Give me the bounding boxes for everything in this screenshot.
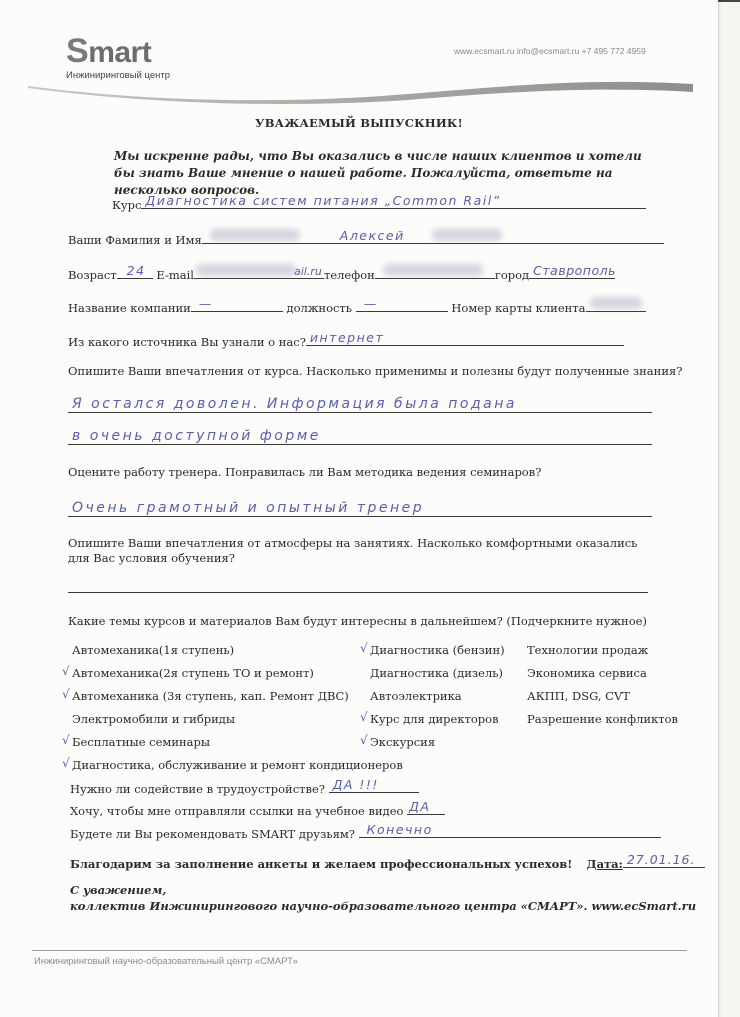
- impressions-question: Опишите Ваши впечатления от курса. Наско…: [68, 364, 682, 378]
- redacted-email: [196, 264, 296, 276]
- source-input[interactable]: интернет: [306, 330, 624, 346]
- topic-label: Электромобили и гибриды: [72, 712, 235, 726]
- trainer-question: Оцените работу тренера. Понравилась ли В…: [68, 465, 541, 479]
- name-value: Алексей: [340, 228, 405, 243]
- checkmark-icon: √: [62, 733, 70, 747]
- client-card-input[interactable]: [586, 296, 646, 312]
- email-label: E-mail: [156, 268, 194, 282]
- phone-label: телефон: [324, 268, 375, 282]
- redacted-phone: [383, 264, 483, 276]
- company-label: Название компании: [68, 301, 191, 315]
- topic-option[interactable]: √Автомеханика (3я ступень, кап. Ремонт Д…: [72, 689, 349, 703]
- age-label: Возраст: [68, 268, 117, 282]
- phone-input[interactable]: [375, 263, 495, 279]
- city-value: Ставрополь: [533, 263, 616, 278]
- date-label: Дата:: [586, 857, 623, 871]
- topic-label: Автоэлектрика: [370, 689, 462, 703]
- name-field: Ваши Фамилия и Имя Алексей: [68, 228, 664, 247]
- course-field: КурсДиагностика систем питания „Common R…: [112, 193, 646, 212]
- topic-label: Автомеханика(1я ступень): [72, 643, 234, 657]
- redacted-patronymic: [432, 229, 502, 241]
- email-value: ail.ru: [294, 265, 322, 278]
- video-field: Хочу, чтобы мне отправляли ссылки на уче…: [70, 799, 445, 818]
- topic-label: Автомеханика(2я ступень ТО и ремонт): [72, 666, 314, 680]
- date-value: 27.01.16.: [627, 852, 696, 867]
- date-input[interactable]: 27.01.16.: [623, 852, 705, 868]
- recommend-value: Конечно: [367, 822, 433, 837]
- name-label: Ваши Фамилия и Имя: [68, 233, 202, 247]
- city-label: город: [495, 268, 529, 282]
- checkmark-icon: √: [62, 664, 70, 678]
- age-input[interactable]: 24: [117, 263, 153, 279]
- topic-option[interactable]: Диагностика (дизель): [370, 666, 503, 680]
- topic-option[interactable]: √Курс для директоров: [370, 712, 499, 726]
- redacted-surname: [210, 229, 300, 241]
- regards-line-1: С уважением,: [70, 882, 696, 898]
- topic-option[interactable]: Разрешение конфликтов: [527, 712, 678, 726]
- video-value: ДА: [409, 799, 430, 814]
- city-input[interactable]: Ставрополь: [529, 263, 615, 279]
- contact-row: Возраст24 E-mail ail.ru телефонгородСтав…: [68, 263, 615, 282]
- greeting-title: УВАЖАЕМЫЙ ВЫПУСКНИК!: [0, 116, 718, 130]
- employment-label: Нужно ли содействие в трудоустройстве?: [70, 782, 325, 796]
- topics-question: Какие темы курсов и материалов Вам будут…: [68, 614, 647, 628]
- trainer-answer-line[interactable]: Очень грамотный и опытный тренер: [68, 496, 652, 517]
- course-label: Курс: [112, 198, 141, 212]
- course-value: Диагностика систем питания „Common Rail”: [145, 193, 500, 208]
- checkmark-icon: √: [360, 710, 368, 724]
- topic-option[interactable]: Экономика сервиса: [527, 666, 647, 680]
- topic-label: Экскурсия: [370, 735, 435, 749]
- atmosphere-question-line-1: Опишите Ваши впечатления от атмосферы на…: [68, 536, 637, 550]
- logo-text: mart: [88, 36, 151, 69]
- redacted-card-number: [590, 297, 642, 309]
- source-value: интернет: [310, 330, 384, 345]
- company-value: —: [199, 296, 213, 311]
- topic-label: Диагностика (дизель): [370, 666, 503, 680]
- header-swoosh-decoration: [28, 72, 693, 106]
- video-input[interactable]: ДА: [407, 799, 445, 815]
- topic-label: Разрешение конфликтов: [527, 712, 678, 726]
- header-contacts: www.ecsmart.ru info@ecsmart.ru +7 495 77…: [454, 46, 646, 56]
- atmosphere-answer-line[interactable]: [68, 572, 648, 593]
- topic-option[interactable]: Технологии продаж: [527, 643, 648, 657]
- scan-edge-mark: [718, 0, 740, 2]
- topic-option[interactable]: √Экскурсия: [370, 735, 435, 749]
- topic-label: Технологии продаж: [527, 643, 648, 657]
- intro-text: Мы искренне рады, что Вы оказались в чис…: [114, 148, 654, 199]
- recommend-field: Будете ли Вы рекомендовать SMART друзьям…: [70, 822, 661, 841]
- video-label: Хочу, чтобы мне отправляли ссылки на уче…: [70, 804, 403, 818]
- topic-option[interactable]: Электромобили и гибриды: [72, 712, 235, 726]
- questionnaire-page: Smart Инжиниринговый центр www.ecsmart.r…: [0, 0, 718, 1017]
- checkmark-icon: √: [360, 641, 368, 655]
- impressions-answer-line-1[interactable]: Я остался доволен. Информация была подан…: [68, 392, 652, 413]
- position-label: должность: [287, 301, 353, 315]
- source-label: Из какого источника Вы узнали о нас?: [68, 335, 306, 349]
- recommend-label: Будете ли Вы рекомендовать SMART друзьям…: [70, 827, 355, 841]
- topic-label: Автомеханика (3я ступень, кап. Ремонт ДВ…: [72, 689, 349, 703]
- scan-page-edge: [718, 0, 740, 1017]
- company-input[interactable]: —: [191, 296, 283, 312]
- topic-label: АКПП, DSG, CVT: [527, 689, 630, 703]
- name-input[interactable]: Алексей: [202, 228, 664, 244]
- regards-line-2: коллектив Инжинирингового научно-образов…: [70, 898, 696, 914]
- topic-label: Диагностика (бензин): [370, 643, 505, 657]
- employment-field: Нужно ли содействие в трудоустройстве? Д…: [70, 777, 419, 796]
- age-value: 24: [127, 263, 146, 278]
- topic-option[interactable]: √Автомеханика(2я ступень ТО и ремонт): [72, 666, 314, 680]
- topic-option[interactable]: √Бесплатные семинары: [72, 735, 210, 749]
- impressions-answer-2: в очень доступной форме: [72, 428, 321, 444]
- logo-initial: S: [66, 32, 88, 70]
- company-row: Название компании— должность — Номер кар…: [68, 296, 646, 315]
- checkmark-icon: √: [360, 733, 368, 747]
- footer-divider: [32, 950, 687, 951]
- topic-option[interactable]: Автоэлектрика: [370, 689, 462, 703]
- regards-block: С уважением, коллектив Инжинирингового н…: [70, 882, 696, 914]
- impressions-answer-1: Я остался доволен. Информация была подан…: [72, 396, 517, 412]
- client-card-label: Номер карты клиента: [451, 301, 585, 315]
- footer-text: Инжиниринговый научно-образовательный це…: [34, 956, 298, 967]
- thanks-text: Благодарим за заполнение анкеты и желаем…: [70, 857, 572, 871]
- topic-label: Бесплатные семинары: [72, 735, 210, 749]
- employment-input[interactable]: ДА !!!: [329, 777, 419, 793]
- topic-option[interactable]: √Диагностика, обслуживание и ремонт конд…: [72, 758, 403, 772]
- employment-value: ДА !!!: [333, 777, 379, 792]
- atmosphere-question-line-2: для Вас условия обучения?: [68, 551, 235, 565]
- topic-option[interactable]: √Диагностика (бензин): [370, 643, 505, 657]
- source-field: Из какого источника Вы узнали о нас?инте…: [68, 330, 624, 349]
- recommend-input[interactable]: Конечно: [359, 822, 661, 838]
- topic-label: Диагностика, обслуживание и ремонт конди…: [72, 758, 403, 772]
- topic-label: Курс для директоров: [370, 712, 499, 726]
- topic-option[interactable]: Автомеханика(1я ступень): [72, 643, 234, 657]
- trainer-answer: Очень грамотный и опытный тренер: [72, 500, 424, 516]
- impressions-answer-line-2[interactable]: в очень доступной форме: [68, 424, 652, 445]
- position-value: —: [364, 296, 378, 311]
- checkmark-icon: √: [62, 756, 70, 770]
- course-input[interactable]: Диагностика систем питания „Common Rail”: [141, 193, 646, 209]
- topic-label: Экономика сервиса: [527, 666, 647, 680]
- position-input[interactable]: —: [356, 296, 448, 312]
- thanks-row: Благодарим за заполнение анкеты и желаем…: [70, 852, 705, 871]
- topic-option[interactable]: АКПП, DSG, CVT: [527, 689, 630, 703]
- checkmark-icon: √: [62, 687, 70, 701]
- email-input[interactable]: ail.ru: [194, 263, 324, 279]
